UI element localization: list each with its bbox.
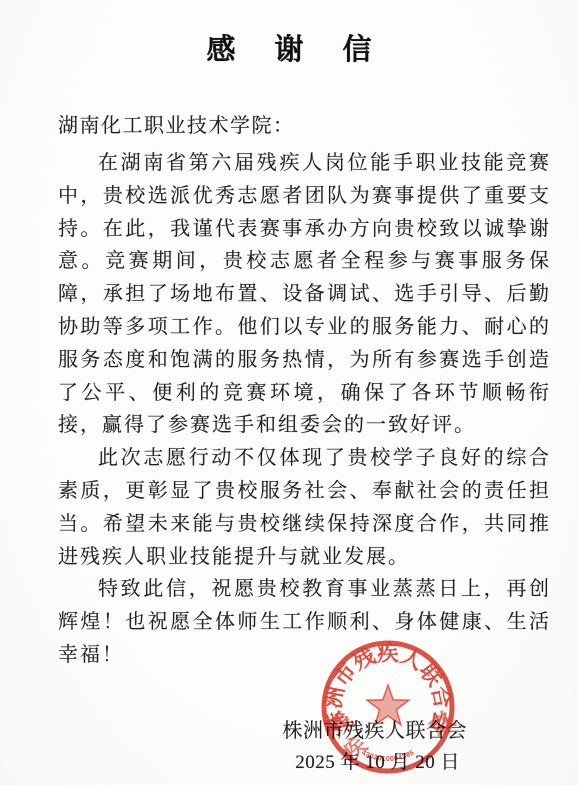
official-seal-stamp: 株洲市残疾人联合会 4302010004385 残 疾 联 [317, 636, 459, 778]
paragraph-1: 在湖南省第六届残疾人岗位能手职业技能竞赛中，贵校选派优秀志愿者团队为赛事提供了重… [58, 147, 551, 442]
letter-title: 感 谢 信 [0, 27, 578, 68]
letter-body: 在湖南省第六届残疾人岗位能手职业技能竞赛中，贵校选派优秀志愿者团队为赛事提供了重… [58, 147, 551, 672]
signature-organization: 株洲市残疾人联合会 [0, 719, 578, 743]
seal-star-icon [367, 685, 409, 725]
paragraph-3: 特致此信，祝愿贵校教育事业蒸蒸日上，再创辉煌！也祝愿全体师生工作顺利、身体健康、… [58, 573, 551, 671]
salutation: 湖南化工职业技术学院： [58, 113, 578, 139]
paragraph-2: 此次志愿行动不仅体现了贵校学子良好的综合素质，更彰显了贵校服务社会、奉献社会的责… [58, 442, 551, 573]
signature-date: 2025 年 10 月 20 日 [0, 751, 578, 775]
thank-you-letter-page: 感 谢 信 湖南化工职业技术学院： 在湖南省第六届残疾人岗位能手职业技能竞赛中，… [0, 0, 578, 785]
